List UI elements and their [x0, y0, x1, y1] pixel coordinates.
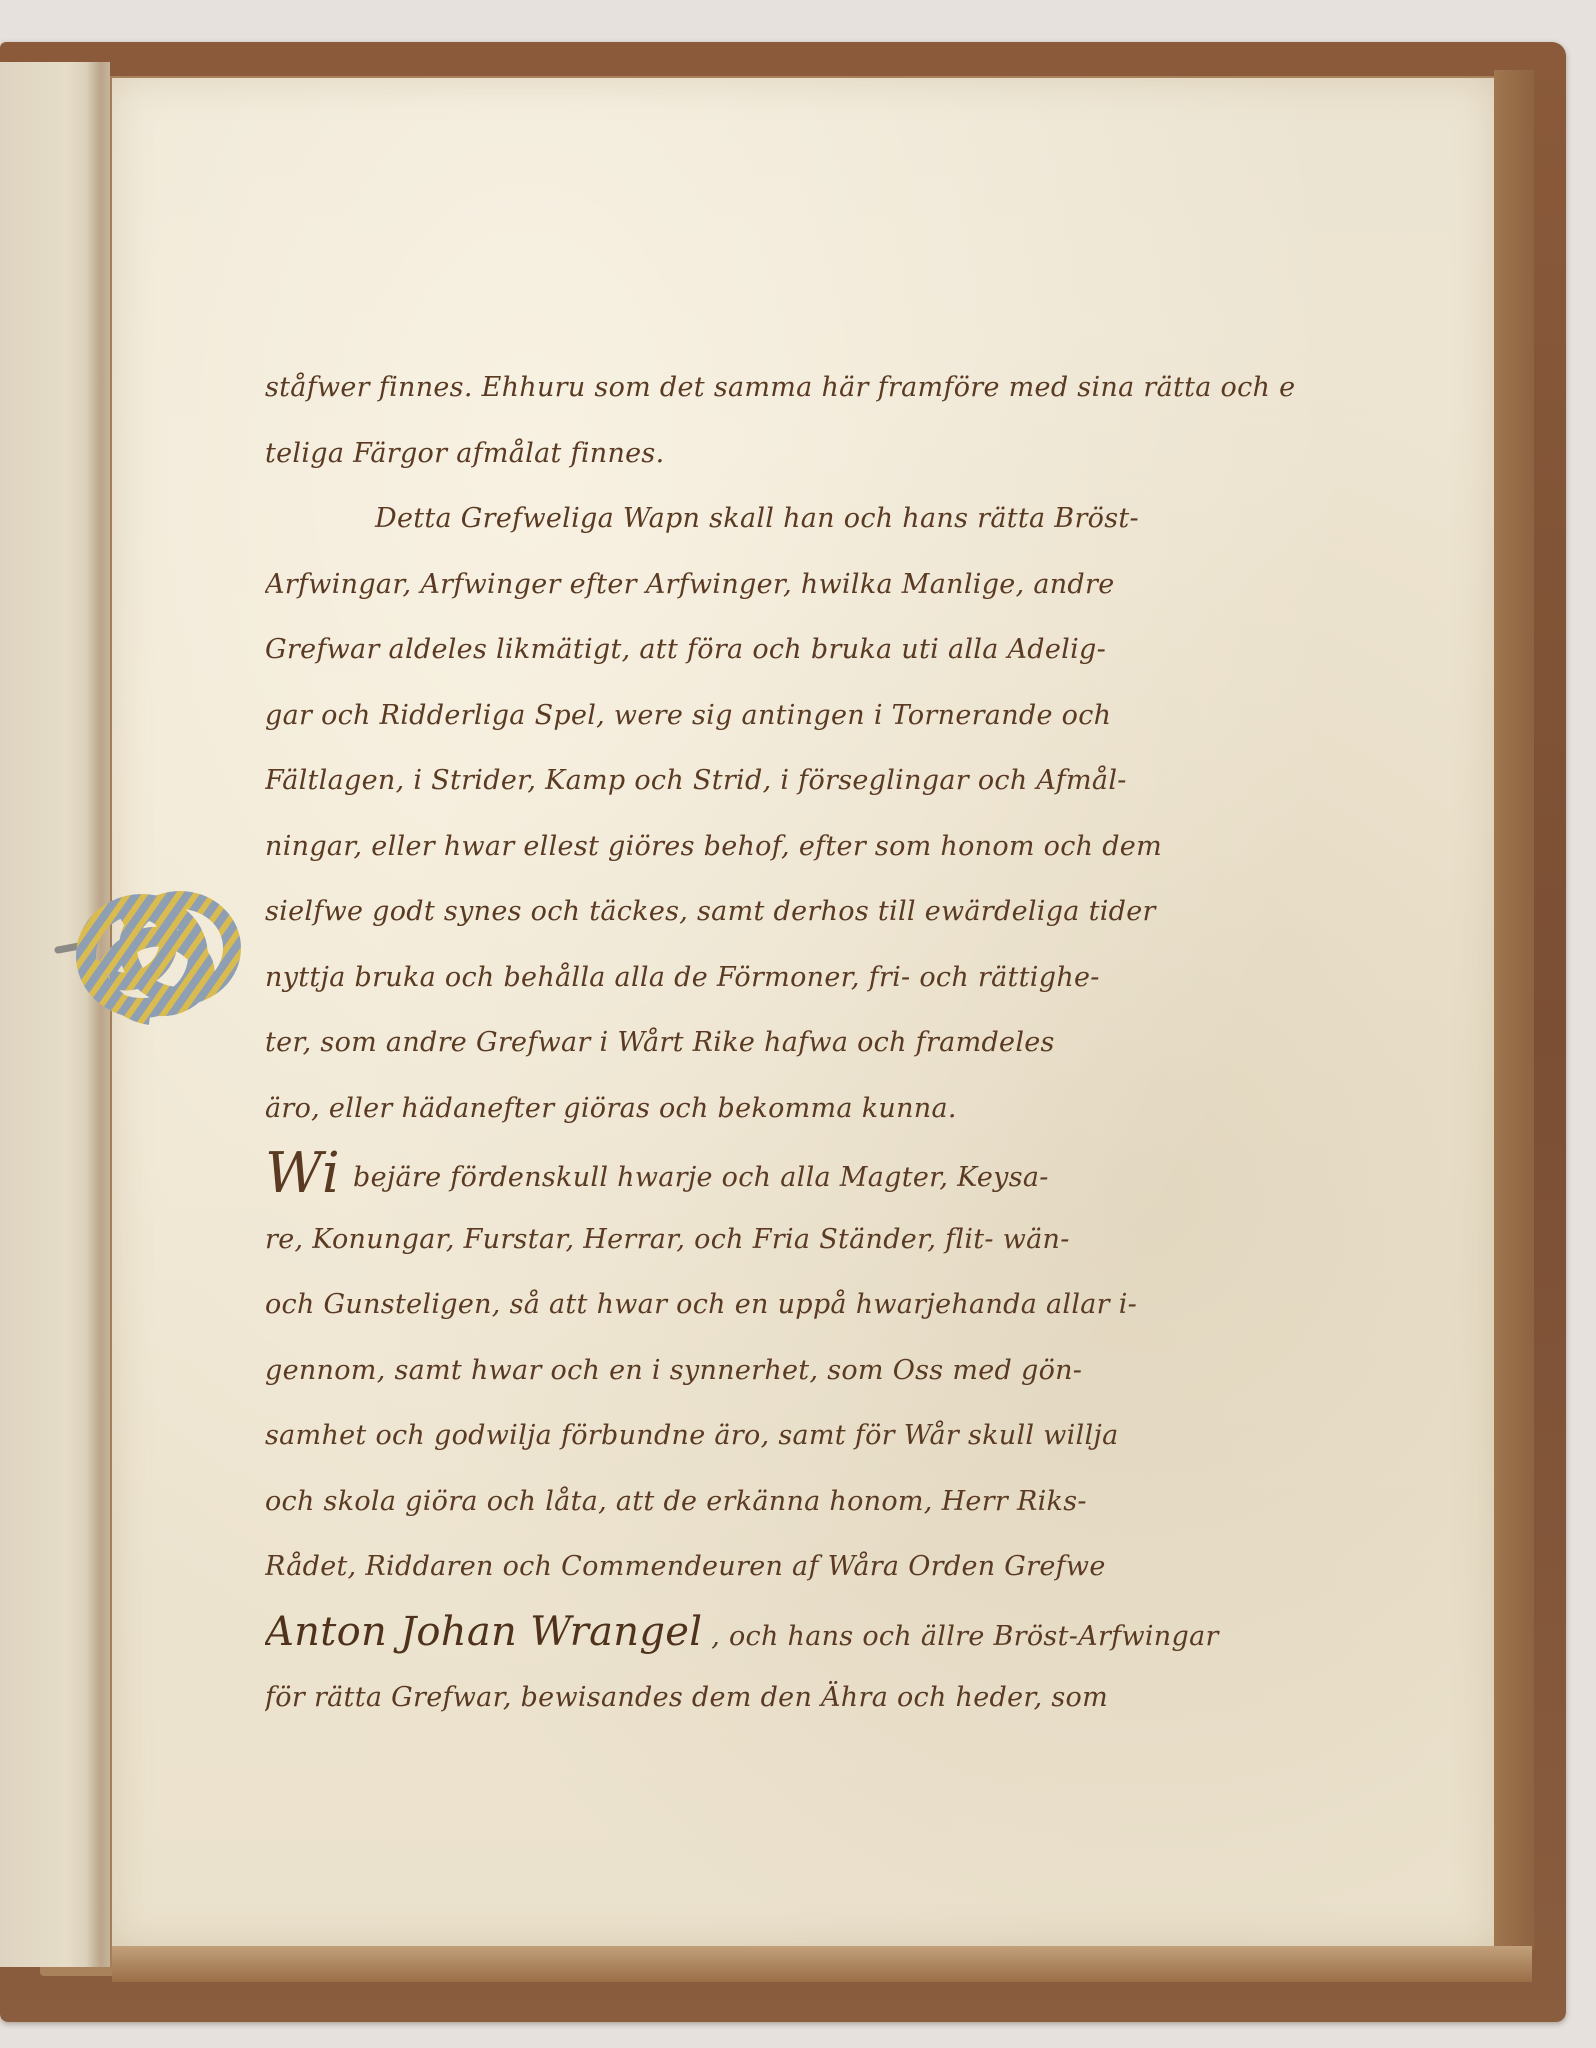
manuscript-line: re, Konungar, Furstar, Herrar, och Fria …	[265, 1207, 1295, 1273]
seal-cord-knot-icon	[50, 878, 260, 1028]
manuscript-line: Rådet, Riddaren och Commendeuren af Wåra…	[265, 1534, 1295, 1600]
manuscript-line-text: , och hans och ällre Bröst-Arfwingar	[711, 1621, 1218, 1652]
manuscript-line-text: bejäre fördenskull hwarje och alla Magte…	[353, 1162, 1049, 1193]
manuscript-line: samhet och godwilja förbundne äro, samt …	[265, 1403, 1295, 1469]
scanned-manuscript: ståfwer finnes. Ehhuru som det samma här…	[0, 0, 1596, 2048]
decorated-initial: Wi	[265, 1141, 340, 1206]
page-edge-bottom	[112, 1946, 1532, 1982]
manuscript-line: Detta Grefweliga Wapn skall han och hans…	[265, 486, 1295, 552]
manuscript-line: ter, som andre Grefwar i Wårt Rike hafwa…	[265, 1010, 1295, 1076]
manuscript-line: sielfwe godt synes och täckes, samt derh…	[265, 879, 1295, 945]
grantee-name: Anton Johan Wrangel	[265, 1609, 702, 1655]
manuscript-line: nyttja bruka och behålla alla de Förmone…	[265, 945, 1295, 1011]
manuscript-line: för rätta Grefwar, bewisandes dem den Äh…	[265, 1665, 1295, 1731]
manuscript-line: gar och Ridderliga Spel, were sig anting…	[265, 683, 1295, 749]
manuscript-line: gennom, samt hwar och en i synnerhet, so…	[265, 1338, 1295, 1404]
manuscript-line: Wi bejäre fördenskull hwarje och alla Ma…	[265, 1141, 1295, 1207]
manuscript-line: Grefwar aldeles likmätigt, att föra och …	[265, 617, 1295, 683]
manuscript-text: ståfwer finnes. Ehhuru som det samma här…	[265, 355, 1295, 1731]
manuscript-line: ståfwer finnes. Ehhuru som det samma här…	[265, 355, 1295, 421]
manuscript-line: teliga Färgor afmålat finnes.	[265, 421, 1295, 487]
manuscript-line: Anton Johan Wrangel , och hans och ällre…	[265, 1600, 1295, 1666]
manuscript-line: ningar, eller hwar ellest giöres behof, …	[265, 814, 1295, 880]
manuscript-line: Fältlagen, i Strider, Kamp och Strid, i …	[265, 748, 1295, 814]
manuscript-line: äro, eller hädanefter giöras och bekomma…	[265, 1076, 1295, 1142]
manuscript-line: Arfwingar, Arfwinger efter Arfwinger, hw…	[265, 552, 1295, 618]
manuscript-line: och skola giöra och låta, att de erkänna…	[265, 1469, 1295, 1535]
page-edge-right	[1494, 70, 1534, 1950]
manuscript-line: och Gunsteligen, så att hwar och en uppå…	[265, 1272, 1295, 1338]
